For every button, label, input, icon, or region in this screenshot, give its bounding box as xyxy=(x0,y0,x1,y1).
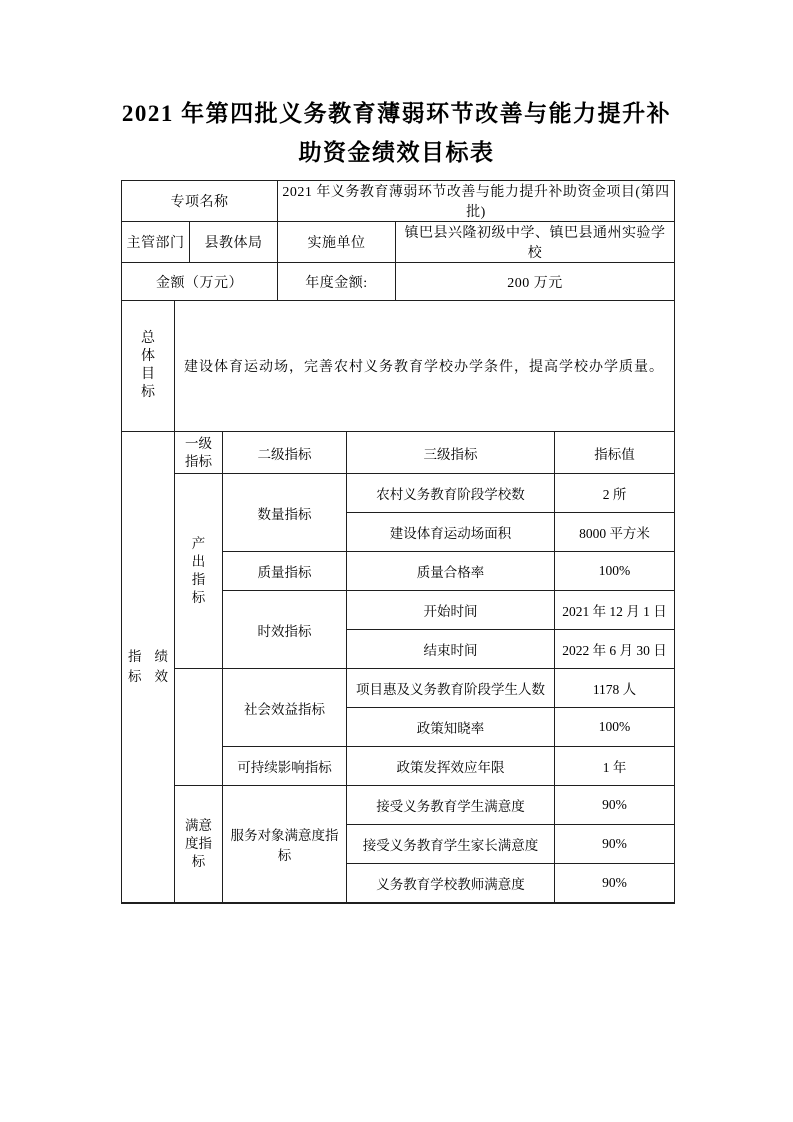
performance-indicators-side-label: 指 标 绩 效 xyxy=(122,432,175,903)
group-satisfaction-label: 满意 度指 标 xyxy=(175,786,223,903)
indicator-value: 90% xyxy=(555,786,675,825)
header-value: 指标值 xyxy=(555,432,675,474)
indicator-value: 90% xyxy=(555,864,675,903)
indicator-name: 接受义务教育学生家长满意度 xyxy=(347,825,555,864)
header-level1: 一级 指标 xyxy=(175,432,223,474)
unit-value: 镇巴县兴隆初级中学、镇巴县通州实验学校 xyxy=(396,222,675,263)
indicator-name: 政策知晓率 xyxy=(347,708,555,747)
overall-goal-label: 总 体 目 标 xyxy=(122,301,175,432)
overall-goal-table: 总 体 目 标 建设体育运动场，完善农村义务教育学校办学条件，提高学校办学质量。 xyxy=(121,300,675,432)
indicator-name: 项目惠及义务教育阶段学生人数 xyxy=(347,669,555,708)
group-sustainability-label: 可持续影响指标 xyxy=(223,747,347,786)
group-output-label: 产 出 指 标 xyxy=(175,474,223,669)
annual-amount-value: 200 万元 xyxy=(396,263,675,301)
indicator-name: 质量合格率 xyxy=(347,552,555,591)
doc-title-line2: 助资金绩效目标表 xyxy=(0,133,793,172)
group-quality-label: 质量指标 xyxy=(223,552,347,591)
indicator-name: 接受义务教育学生满意度 xyxy=(347,786,555,825)
doc-title-line1: 2021 年第四批义务教育薄弱环节改善与能力提升补 xyxy=(0,94,793,133)
side-label-col-zhibiao: 指 标 xyxy=(128,647,142,687)
indicator-value: 2022 年 6 月 30 日 xyxy=(555,630,675,669)
document-page: 2021 年第四批义务教育薄弱环节改善与能力提升补 助资金绩效目标表 专项名称 … xyxy=(0,0,793,1122)
header-level2: 二级指标 xyxy=(223,432,347,474)
dept-label: 主管部门 xyxy=(122,222,190,263)
project-name-label: 专项名称 xyxy=(122,181,278,222)
header-level3: 三级指标 xyxy=(347,432,555,474)
group-service-target-label: 服务对象满意度指标 xyxy=(223,786,347,903)
overall-goal-text: 建设体育运动场，完善农村义务教育学校办学条件，提高学校办学质量。 xyxy=(175,301,675,432)
indicator-value: 100% xyxy=(555,708,675,747)
indicator-name: 义务教育学校教师满意度 xyxy=(347,864,555,903)
dept-value: 县教体局 xyxy=(190,222,278,263)
indicator-value: 90% xyxy=(555,825,675,864)
indicator-value: 100% xyxy=(555,552,675,591)
project-name-value: 2021 年义务教育薄弱环节改善与能力提升补助资金项目(第四批) xyxy=(278,181,675,222)
indicator-name: 结束时间 xyxy=(347,630,555,669)
indicator-name: 政策发挥效应年限 xyxy=(347,747,555,786)
info-table: 专项名称 2021 年义务教育薄弱环节改善与能力提升补助资金项目(第四批) 主管… xyxy=(121,180,675,301)
indicator-value: 2 所 xyxy=(555,474,675,513)
indicator-name: 建设体育运动场面积 xyxy=(347,513,555,552)
indicator-name: 开始时间 xyxy=(347,591,555,630)
doc-title: 2021 年第四批义务教育薄弱环节改善与能力提升补 助资金绩效目标表 xyxy=(0,0,793,172)
annual-amount-label: 年度金额: xyxy=(278,263,396,301)
indicator-value: 2021 年 12 月 1 日 xyxy=(555,591,675,630)
indicator-name: 农村义务教育阶段学校数 xyxy=(347,474,555,513)
side-label-col-jixiao: 绩 效 xyxy=(155,647,169,687)
amount-label: 金额（万元） xyxy=(122,263,278,301)
group-quantity-label: 数量指标 xyxy=(223,474,347,552)
indicator-value: 8000 平方米 xyxy=(555,513,675,552)
level1-blank-cell xyxy=(175,669,223,786)
unit-label: 实施单位 xyxy=(278,222,396,263)
group-timeliness-label: 时效指标 xyxy=(223,591,347,669)
indicator-value: 1 年 xyxy=(555,747,675,786)
group-social-benefit-label: 社会效益指标 xyxy=(223,669,347,747)
indicator-value: 1178 人 xyxy=(555,669,675,708)
indicators-table: 指 标 绩 效 一级 指标 二级指标 三级指标 指标值 产 出 指 标 数量指标… xyxy=(121,431,675,904)
